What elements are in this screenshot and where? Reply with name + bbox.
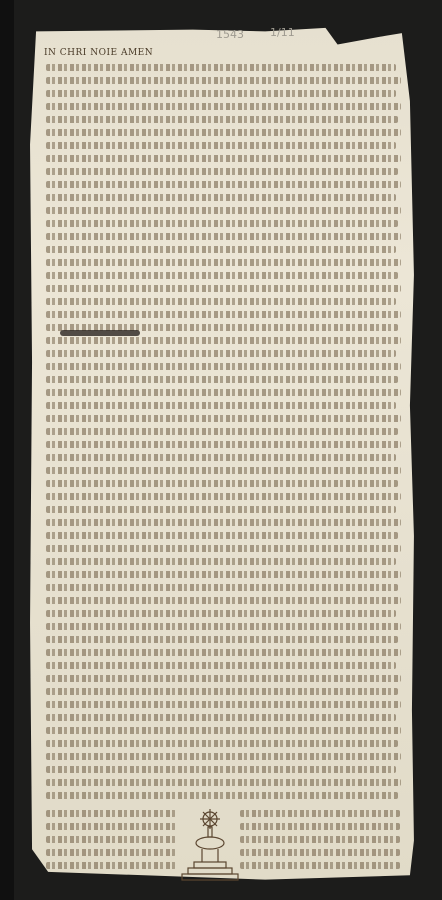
incipit-text: IN CHRI NOIE AMEN bbox=[44, 48, 153, 58]
folio-marking: 1/11 bbox=[270, 26, 295, 39]
binding-strip bbox=[0, 0, 14, 900]
notary-sign-icon bbox=[180, 807, 240, 887]
ink-stain bbox=[60, 330, 140, 336]
archive-number: 1543 bbox=[216, 28, 244, 41]
